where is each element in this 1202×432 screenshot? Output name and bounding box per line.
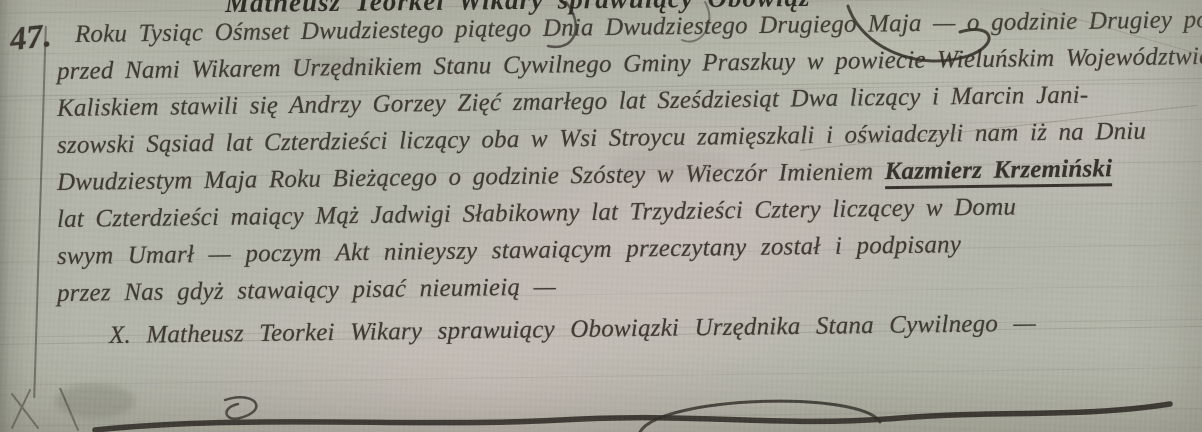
deceased-name: Kazmierz Krzemiński xyxy=(884,155,1112,189)
record-line-3: Kaliskiem stawili się Andrzy Gorzey Zięć… xyxy=(57,82,1089,123)
document-scan: Matheusz Teorkei Wikary sprawuiący Obowi… xyxy=(0,0,1202,432)
record-line-4: szowski Sąsiad lat Czterdzieści liczący … xyxy=(57,118,1147,160)
record-number: 47. xyxy=(8,18,53,59)
smudge xyxy=(55,384,135,418)
record-line-6: lat Czterdzieści maiący Mąż Jadwigi Słab… xyxy=(57,193,1016,234)
ruled-line xyxy=(0,408,1202,427)
record-line-5: Dwudziestym Maja Roku Bieżącego o godzin… xyxy=(57,155,1113,197)
signature-line: X. Matheusz Teorkei Wikary sprawuiący Ob… xyxy=(109,310,1036,350)
margin-line xyxy=(33,26,46,398)
record-line-8: przez Nas gdyż stawaiący pisać nieumieią… xyxy=(57,273,556,308)
record-line-5-text: Dwudziestym Maja Roku Bieżącego o godzin… xyxy=(57,158,885,196)
record-line-7: swym Umarł — poczym Akt ninieyszy stawai… xyxy=(57,231,961,271)
pencil-marks xyxy=(12,388,78,430)
ruled-line xyxy=(0,367,1202,386)
